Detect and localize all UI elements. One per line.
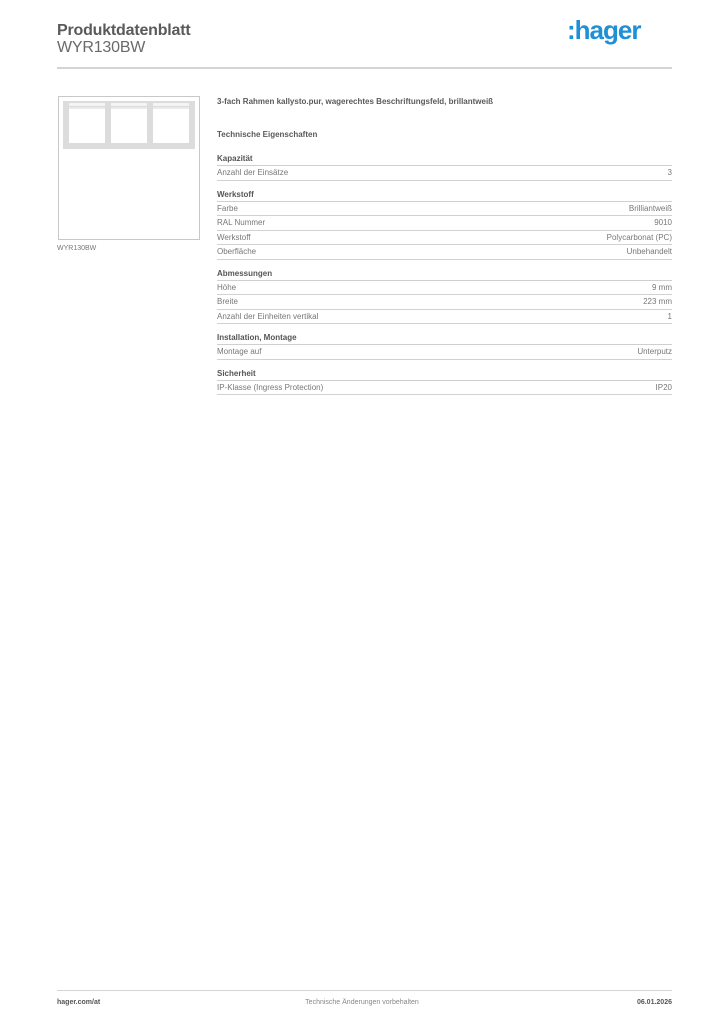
- spec-label: Oberfläche: [217, 245, 256, 259]
- spec-row: WerkstoffPolycarbonat (PC): [217, 231, 672, 246]
- spec-row: OberflächeUnbehandelt: [217, 245, 672, 260]
- spec-value: Brilliantweiß: [629, 202, 672, 216]
- spec-group-title: Werkstoff: [217, 190, 672, 202]
- spec-value: Unterputz: [637, 345, 672, 359]
- spec-value: 1: [668, 310, 672, 324]
- spec-row: IP-Klasse (Ingress Protection)IP20: [217, 381, 672, 396]
- spec-value: Polycarbonat (PC): [607, 231, 672, 245]
- image-caption: WYR130BW: [57, 245, 96, 252]
- tech-properties-title: Technische Eigenschaften: [217, 130, 672, 154]
- spec-row: FarbeBrilliantweiß: [217, 202, 672, 217]
- frame-illustration: [63, 101, 195, 149]
- spec-row: Montage aufUnterputz: [217, 345, 672, 360]
- spec-value: 9010: [654, 216, 672, 230]
- spec-value: 9 mm: [652, 281, 672, 295]
- spec-label: Anzahl der Einheiten vertikal: [217, 310, 318, 324]
- spec-group-title: Abmessungen: [217, 269, 672, 281]
- footer-date: 06.01.2026: [637, 999, 672, 1006]
- hager-logo: :hager: [567, 15, 640, 46]
- spec-label: Farbe: [217, 202, 238, 216]
- spec-group-title: Kapazität: [217, 154, 672, 166]
- spec-label: Höhe: [217, 281, 236, 295]
- spec-row: Höhe9 mm: [217, 281, 672, 296]
- spec-value: 223 mm: [643, 295, 672, 309]
- product-image: [58, 96, 200, 240]
- footer-disclaimer: Technische Änderungen vorbehalten: [0, 999, 724, 1006]
- spec-label: Werkstoff: [217, 231, 251, 245]
- spec-groups: KapazitätAnzahl der Einsätze3WerkstoffFa…: [217, 154, 672, 395]
- article-number: WYR130BW: [57, 39, 145, 57]
- spec-group: WerkstoffFarbeBrilliantweißRAL Nummer901…: [217, 190, 672, 260]
- page-title: Produktdatenblatt: [57, 22, 191, 40]
- spec-row: Anzahl der Einheiten vertikal1: [217, 310, 672, 325]
- spec-label: Montage auf: [217, 345, 261, 359]
- spec-group-title: Installation, Montage: [217, 333, 672, 345]
- spec-row: Anzahl der Einsätze3: [217, 166, 672, 181]
- spec-group: SicherheitIP-Klasse (Ingress Protection)…: [217, 369, 672, 396]
- spec-group: AbmessungenHöhe9 mmBreite223 mmAnzahl de…: [217, 269, 672, 325]
- spec-value: 3: [668, 166, 672, 180]
- spec-label: Breite: [217, 295, 238, 309]
- header-divider: [57, 67, 672, 69]
- spec-group: Installation, MontageMontage aufUnterput…: [217, 333, 672, 360]
- spec-value: IP20: [656, 381, 672, 395]
- spec-row: Breite223 mm: [217, 295, 672, 310]
- spec-group: KapazitätAnzahl der Einsätze3: [217, 154, 672, 181]
- spec-row: RAL Nummer9010: [217, 216, 672, 231]
- spec-label: RAL Nummer: [217, 216, 265, 230]
- spec-label: Anzahl der Einsätze: [217, 166, 288, 180]
- spec-label: IP-Klasse (Ingress Protection): [217, 381, 323, 395]
- spec-content: 3-fach Rahmen kallysto.pur, wagerechtes …: [217, 97, 672, 404]
- spec-value: Unbehandelt: [627, 245, 672, 259]
- product-description: 3-fach Rahmen kallysto.pur, wagerechtes …: [217, 97, 672, 130]
- spec-group-title: Sicherheit: [217, 369, 672, 381]
- footer-divider: [57, 990, 672, 991]
